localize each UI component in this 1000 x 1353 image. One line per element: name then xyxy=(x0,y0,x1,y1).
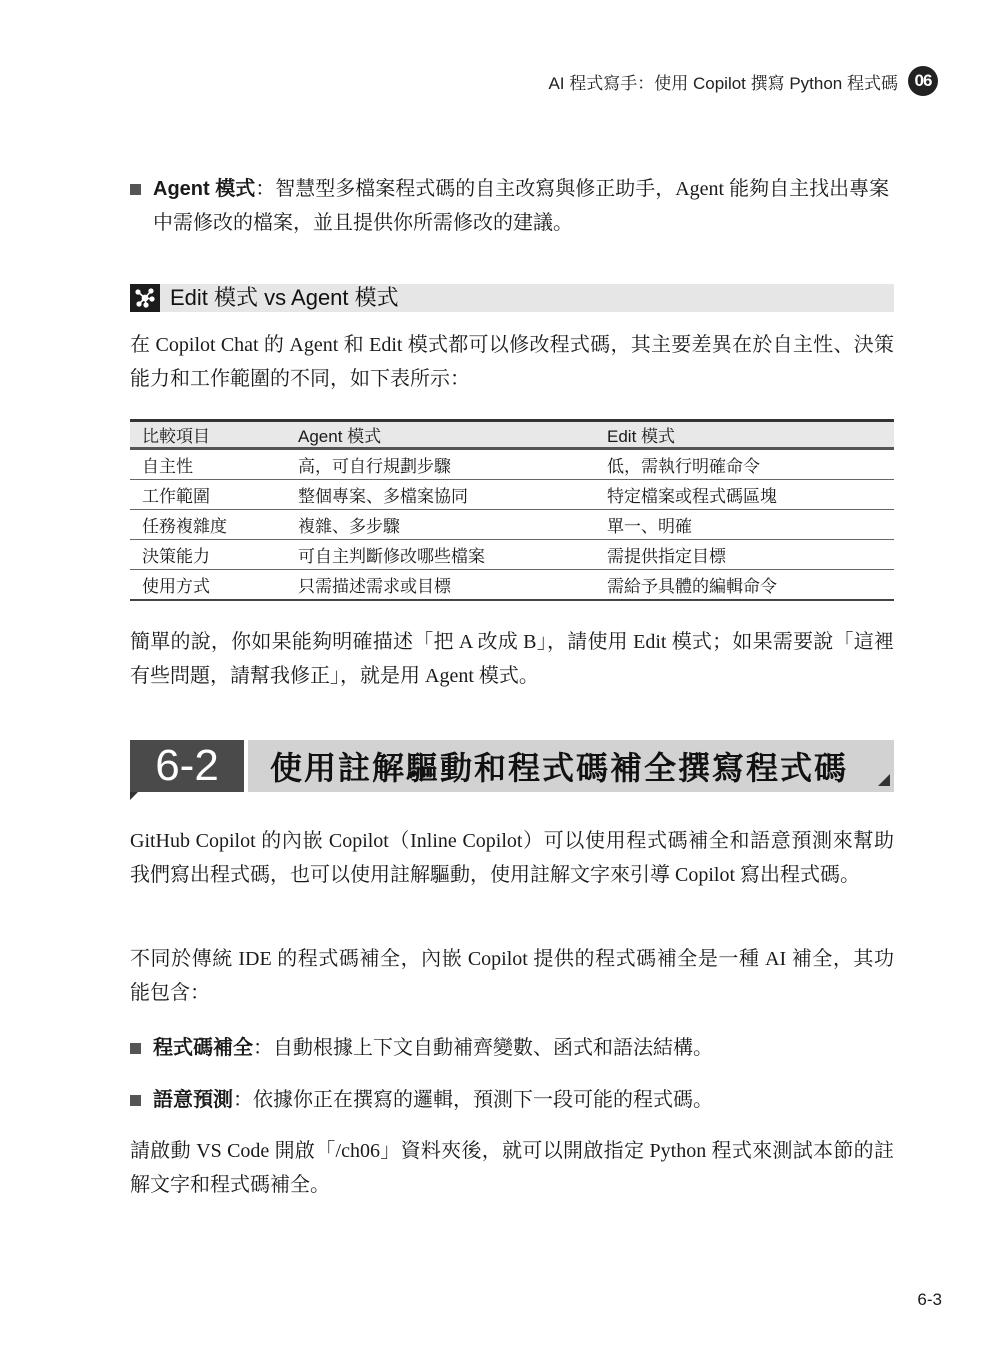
table-row: 任務複雜度 複雜、多步驟 單一、明確 xyxy=(130,510,894,540)
table-header: Agent 模式 xyxy=(286,421,595,449)
section-heading: 6-2 使用註解驅動和程式碼補全撰寫程式碼 xyxy=(130,740,894,792)
section-title: 使用註解驅動和程式碼補全撰寫程式碼 xyxy=(248,740,894,792)
summary-paragraph: 簡單的說，你如果能夠明確描述「把 A 改成 B」，請使用 Edit 模式；如果需… xyxy=(130,625,894,693)
page-number: 6-3 xyxy=(917,1290,942,1310)
table-row: 使用方式 只需描述需求或目標 需給予具體的編輯命令 xyxy=(130,570,894,601)
table-cell: 任務複雜度 xyxy=(130,510,286,540)
table-cell: 決策能力 xyxy=(130,540,286,570)
table-cell: 高，可自行規劃步驟 xyxy=(286,449,595,480)
table-header: Edit 模式 xyxy=(595,421,894,449)
table-row: 自主性 高，可自行規劃步驟 低，需執行明確命令 xyxy=(130,449,894,480)
subheading: Edit 模式 vs Agent 模式 xyxy=(130,284,894,312)
table-cell: 自主性 xyxy=(130,449,286,480)
table-row: 工作範圍 整個專案、多檔案協同 特定檔案或程式碼區塊 xyxy=(130,480,894,510)
intro-paragraph: 在 Copilot Chat 的 Agent 和 Edit 模式都可以修改程式碼… xyxy=(130,328,894,396)
table-cell: 需提供指定目標 xyxy=(595,540,894,570)
instruction-paragraph: 請啟動 VS Code 開啟「/ch06」資料夾後，就可以開啟指定 Python… xyxy=(130,1134,894,1202)
comparison-table: 比較項目 Agent 模式 Edit 模式 自主性 高，可自行規劃步驟 低，需執… xyxy=(130,419,894,601)
table-cell: 複雜、多步驟 xyxy=(286,510,595,540)
feature-bullet: 語意預測：依據你正在撰寫的邏輯，預測下一段可能的程式碼。 xyxy=(130,1083,894,1117)
table-header: 比較項目 xyxy=(130,421,286,449)
square-bullet-icon xyxy=(130,184,141,195)
bullet-term: 程式碼補全 xyxy=(153,1037,253,1059)
square-bullet-icon xyxy=(130,1095,141,1106)
completion-paragraph: 不同於傳統 IDE 的程式碼補全，內嵌 Copilot 提供的程式碼補全是一種 … xyxy=(130,942,894,1010)
corner-triangle-icon xyxy=(878,774,890,786)
bullet-text: ：自動根據上下文自動補齊變數、函式和語法結構。 xyxy=(253,1037,713,1059)
inline-copilot-paragraph: GitHub Copilot 的內嵌 Copilot（Inline Copilo… xyxy=(130,824,894,892)
square-bullet-icon xyxy=(130,1043,141,1054)
table-cell: 單一、明確 xyxy=(595,510,894,540)
table-row: 決策能力 可自主判斷修改哪些檔案 需提供指定目標 xyxy=(130,540,894,570)
table-cell: 低，需執行明確命令 xyxy=(595,449,894,480)
table-cell: 特定檔案或程式碼區塊 xyxy=(595,480,894,510)
bullet-term: 語意預測 xyxy=(153,1089,233,1111)
agent-mode-bullet: Agent 模式：智慧型多檔案程式碼的自主改寫與修正助手，Agent 能夠自主找… xyxy=(130,172,894,240)
section-number: 6-2 xyxy=(130,740,244,792)
bullet-term: Agent 模式 xyxy=(153,178,255,200)
table-cell: 整個專案、多檔案協同 xyxy=(286,480,595,510)
running-head: AI 程式寫手：使用 Copilot 撰寫 Python 程式碼 06 xyxy=(548,66,938,96)
table-cell: 可自主判斷修改哪些檔案 xyxy=(286,540,595,570)
subheading-text: Edit 模式 vs Agent 模式 xyxy=(160,284,399,312)
bullet-text: ：依據你正在撰寫的邏輯，預測下一段可能的程式碼。 xyxy=(233,1089,713,1111)
chapter-badge: 06 xyxy=(908,66,938,96)
table-cell: 使用方式 xyxy=(130,570,286,601)
table-cell: 需給予具體的編輯命令 xyxy=(595,570,894,601)
running-head-title: AI 程式寫手：使用 Copilot 撰寫 Python 程式碼 xyxy=(548,69,898,94)
table-cell: 工作範圍 xyxy=(130,480,286,510)
corner-triangle-icon xyxy=(130,792,138,800)
table-cell: 只需描述需求或目標 xyxy=(286,570,595,601)
bullet-text: ：智慧型多檔案程式碼的自主改寫與修正助手，Agent 能夠自主找出專案中需修改的… xyxy=(153,178,889,234)
feature-bullet: 程式碼補全：自動根據上下文自動補齊變數、函式和語法結構。 xyxy=(130,1031,894,1065)
network-nodes-icon xyxy=(130,284,160,312)
